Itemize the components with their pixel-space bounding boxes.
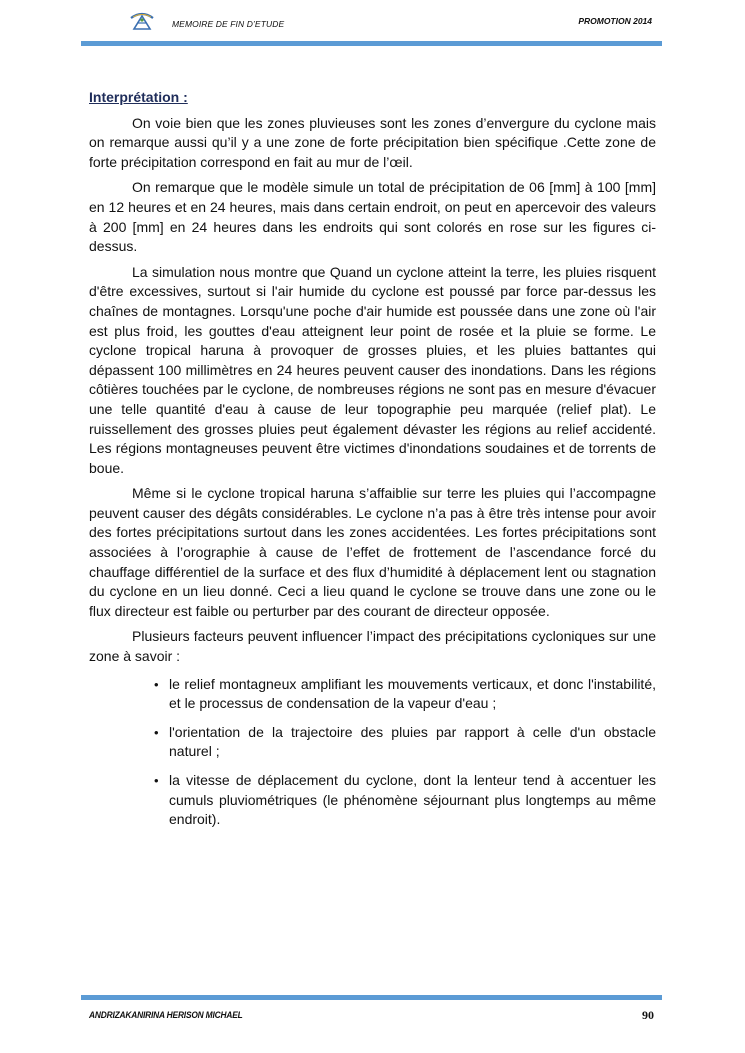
list-item: • l'orientation de la trajectoire des pl…	[169, 723, 656, 762]
page-number: 90	[642, 1008, 654, 1023]
paragraph: Plusieurs facteurs peuvent influencer l’…	[89, 627, 656, 666]
bullet-icon: •	[154, 723, 159, 743]
paragraph: Même si le cyclone tropical haruna s’aff…	[89, 484, 656, 621]
paragraph: La simulation nous montre que Quand un c…	[89, 263, 656, 479]
header-divider	[81, 41, 662, 46]
paragraph: On remarque que le modèle simule un tota…	[89, 178, 656, 256]
header-promotion: PROMOTION 2014	[578, 16, 652, 26]
footer-author: ANDRIZAKANIRINA HERISON MICHAEL	[89, 1010, 243, 1021]
bullet-icon: •	[154, 675, 159, 695]
list-item-text: le relief montagneux amplifiant les mouv…	[169, 676, 656, 712]
list-item: • le relief montagneux amplifiant les mo…	[169, 675, 656, 714]
paragraph: On voie bien que les zones pluvieuses so…	[89, 114, 656, 173]
institution-logo-icon	[128, 9, 156, 31]
factor-list: • le relief montagneux amplifiant les mo…	[89, 675, 656, 830]
document-page: MEMOIRE DE FIN D’ETUDE PROMOTION 2014 In…	[0, 0, 745, 1053]
main-content: Interprétation : On voie bien que les zo…	[89, 88, 656, 839]
list-item-text: la vitesse de déplacement du cyclone, do…	[169, 772, 656, 827]
header-title: MEMOIRE DE FIN D’ETUDE	[172, 19, 284, 29]
list-item-text: l'orientation de la trajectoire des plui…	[169, 724, 656, 760]
section-title: Interprétation :	[89, 88, 656, 108]
footer-divider	[81, 995, 662, 1000]
bullet-icon: •	[154, 771, 159, 791]
list-item: • la vitesse de déplacement du cyclone, …	[169, 771, 656, 830]
